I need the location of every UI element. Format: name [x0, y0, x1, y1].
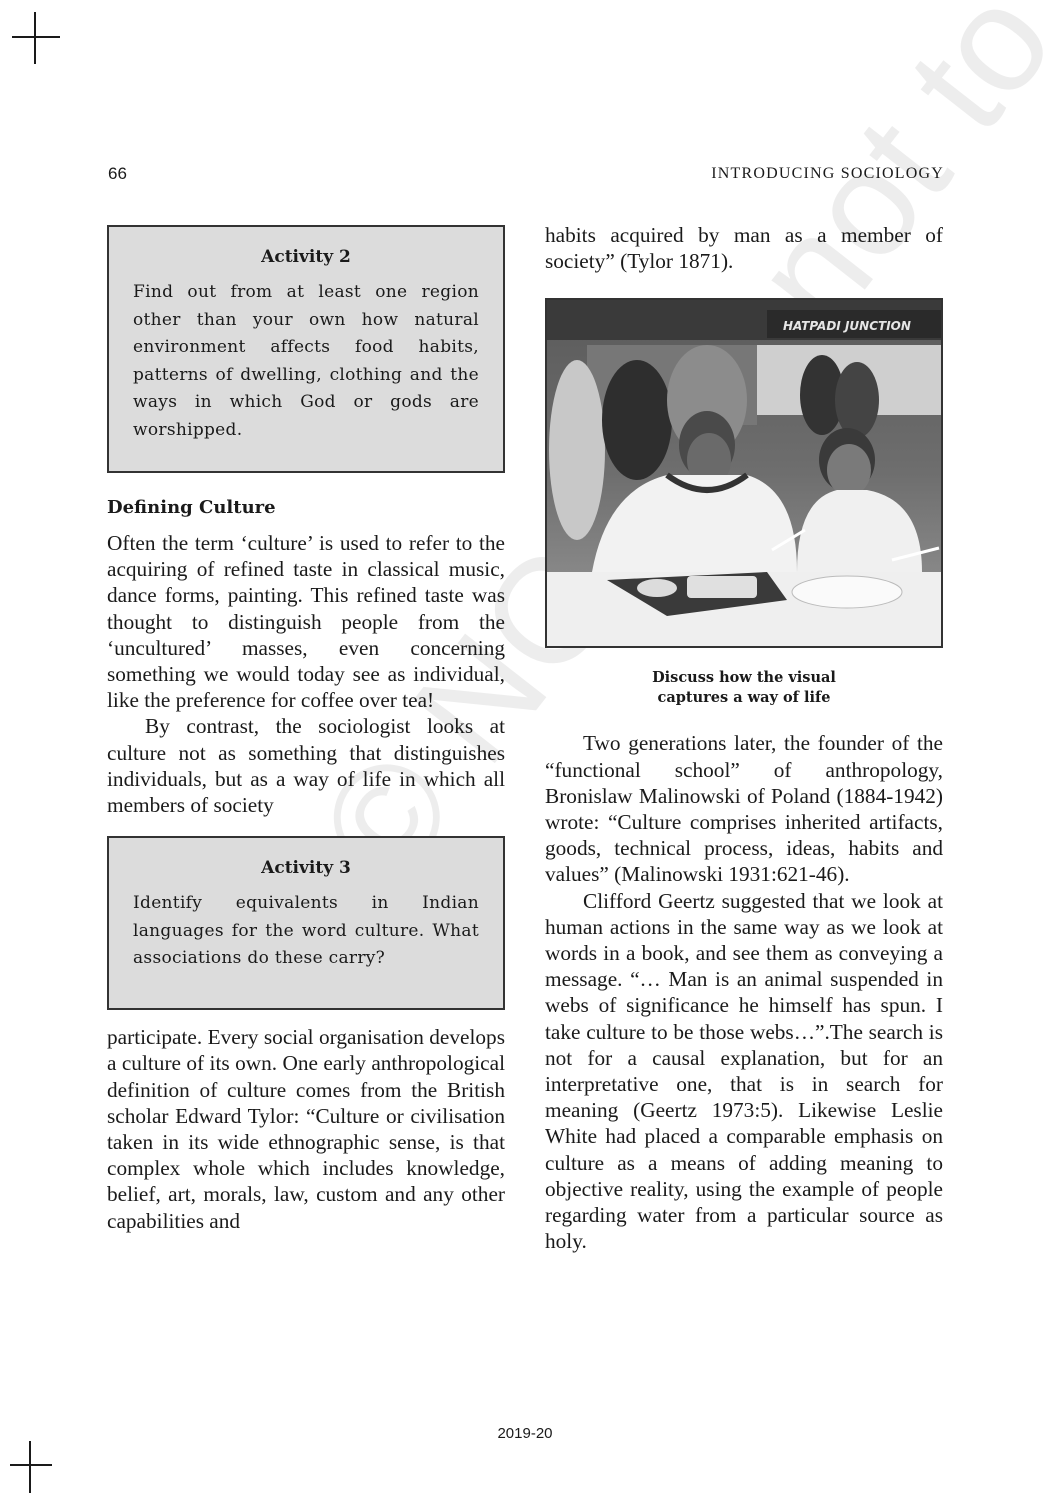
activity-2-box: Activity 2 Find out from at least one re… [107, 225, 505, 473]
photo-illustration: HATPADI JUNCTION [547, 300, 941, 646]
food-court-photo: HATPADI JUNCTION [545, 298, 943, 648]
caption-line-2: captures a way of life [545, 688, 943, 708]
crop-mark-bottom-left [10, 1441, 52, 1493]
section-heading: Defining Culture [107, 497, 505, 518]
paragraph-2: By contrast, the sociologist looks at cu… [107, 713, 505, 818]
activity-3-box: Activity 3 Identify equivalents in India… [107, 836, 505, 1010]
activity-3-body: Identify equivalents in Indian languages… [133, 890, 479, 973]
paragraph-5: Clifford Geertz suggested that we look a… [545, 888, 943, 1255]
caption-line-1: Discuss how the visual [545, 668, 943, 688]
left-column: Activity 2 Find out from at least one re… [107, 225, 505, 1234]
footer-year: 2019-20 [0, 1425, 1050, 1442]
crop-mark-top-left [12, 12, 60, 64]
paragraph-3: participate. Every social organisation d… [107, 1024, 505, 1234]
svg-text:HATPADI JUNCTION: HATPADI JUNCTION [783, 319, 911, 333]
running-head: INTRODUCING SOCIOLOGY [711, 165, 944, 183]
paragraph-1: Often the term ‘culture’ is used to refe… [107, 530, 505, 713]
activity-2-body: Find out from at least one region other … [133, 279, 479, 445]
activity-3-title: Activity 3 [133, 858, 479, 878]
page-number: 66 [108, 164, 127, 184]
photo-caption: Discuss how the visual captures a way of… [545, 668, 943, 708]
paragraph-4: Two generations later, the founder of th… [545, 730, 943, 887]
paragraph-continued: habits acquired by man as a member of so… [545, 222, 943, 274]
right-column: habits acquired by man as a member of so… [545, 222, 943, 1254]
activity-2-title: Activity 2 [133, 247, 479, 267]
